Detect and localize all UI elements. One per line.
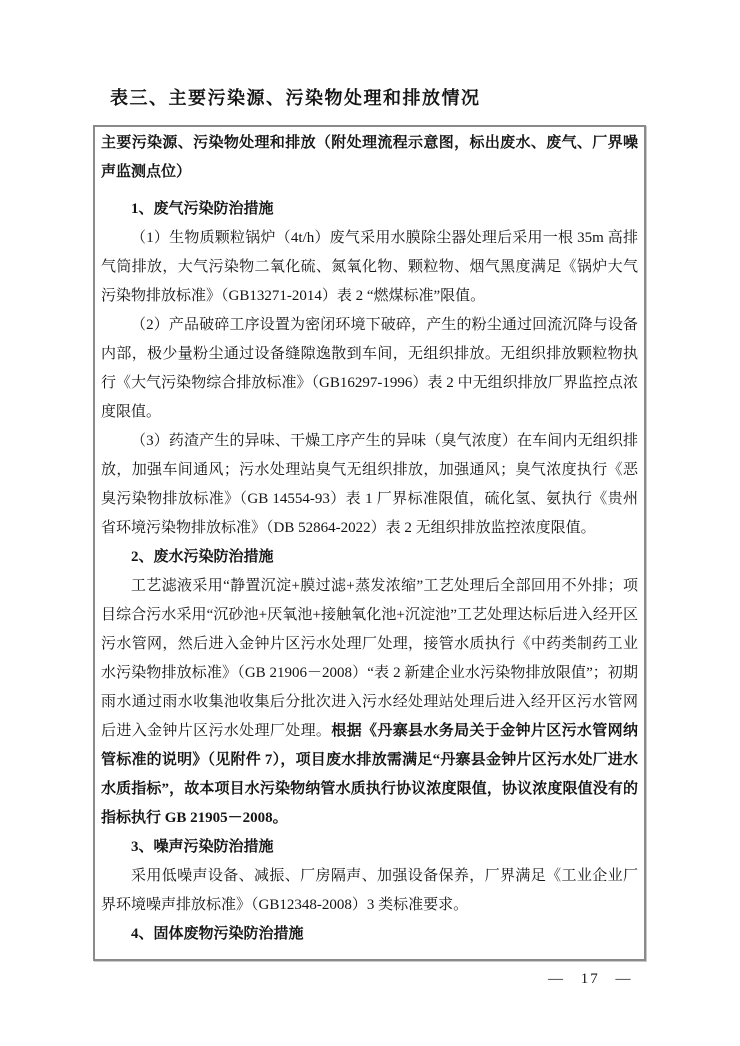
section-heading: 2、废水污染防治措施 xyxy=(101,543,638,572)
table-sections: 1、废气污染防治措施（1）生物质颗粒锅炉（4t/h）废气采用水膜除尘器处理后采用… xyxy=(101,195,638,949)
section-heading: 4、固体废物污染防治措施 xyxy=(101,920,638,949)
section-paragraph: （1）生物质颗粒锅炉（4t/h）废气采用水膜除尘器处理后采用一根 35m 高排气… xyxy=(101,224,638,311)
text-run: 工艺滤液采用“静置沉淀+膜过滤+蒸发浓缩”工艺处理后全部回用不外排；项目综合污水… xyxy=(101,578,638,739)
text-run: 3、噪声污染防治措施 xyxy=(131,839,274,855)
section-paragraph: （2）产品破碎工序设置为密闭环境下破碎，产生的粉尘通过回流沉降与设备内部，极少量… xyxy=(101,311,638,427)
page-number: — 17 — xyxy=(548,971,633,988)
text-run: （2）产品破碎工序设置为密闭环境下破碎，产生的粉尘通过回流沉降与设备内部，极少量… xyxy=(101,317,638,420)
text-run: 4、固体废物污染防治措施 xyxy=(131,926,304,942)
section-heading: 3、噪声污染防治措施 xyxy=(101,833,638,862)
section-paragraph: 采用低噪声设备、减振、厂房隔声、加强设备保养，厂界满足《工业企业厂界环境噪声排放… xyxy=(101,862,638,920)
section-paragraph: 工艺滤液采用“静置沉淀+膜过滤+蒸发浓缩”工艺处理后全部回用不外排；项目综合污水… xyxy=(101,572,638,833)
text-run: （1）生物质颗粒锅炉（4t/h）废气采用水膜除尘器处理后采用一根 35m 高排气… xyxy=(101,230,638,304)
text-run: 采用低噪声设备、减振、厂房隔声、加强设备保养，厂界满足《工业企业厂界环境噪声排放… xyxy=(101,868,638,913)
page-title: 表三、主要污染源、污染物处理和排放情况 xyxy=(110,84,481,110)
pollution-table-box: 主要污染源、污染物处理和排放（附处理流程示意图，标出废水、废气、厂界噪声监测点位… xyxy=(93,125,646,961)
text-run: 2、废水污染防治措施 xyxy=(131,549,274,565)
document-page: 表三、主要污染源、污染物处理和排放情况 主要污染源、污染物处理和排放（附处理流程… xyxy=(0,0,740,1046)
text-run: （3）药渣产生的异味、干燥工序产生的异味（臭气浓度）在车间内无组织排放，加强车间… xyxy=(101,433,638,536)
section-paragraph: （3）药渣产生的异味、干燥工序产生的异味（臭气浓度）在车间内无组织排放，加强车间… xyxy=(101,427,638,543)
table-header: 主要污染源、污染物处理和排放（附处理流程示意图，标出废水、废气、厂界噪声监测点位… xyxy=(101,129,638,187)
section-heading: 1、废气污染防治措施 xyxy=(101,195,638,224)
text-run: 1、废气污染防治措施 xyxy=(131,201,274,217)
